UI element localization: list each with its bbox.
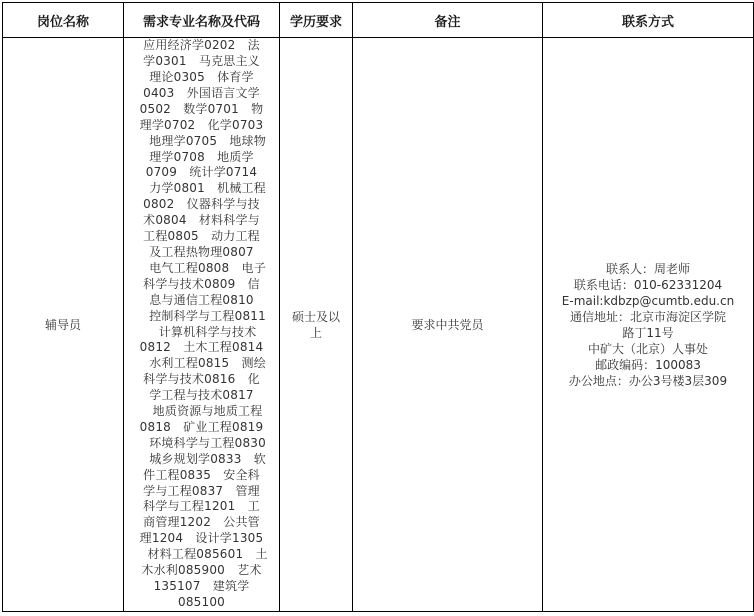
header-remark: 备注 [353,3,543,38]
major-line: 城乡规划学0833 软 [124,452,279,468]
header-position: 岗位名称 [3,3,124,38]
table-row: 辅导员 应用经济学0202 法学0301 马克思主义理论0305 体育学0403… [3,38,754,612]
major-line: 及工程热物理0807 [124,245,279,261]
contact-line: 办公地点：办公3号楼3层309 [543,373,753,389]
major-line: 材料工程085601 土 [124,547,279,563]
contact-line: 联系电话：010-62331204 [543,277,753,293]
contact-line: 路丁11号 [543,325,753,341]
contact-line: 中矿大（北京）人事处 [543,341,753,357]
major-line: 0818 矿业工程0819 [124,420,279,436]
major-line: 理学0708 地质学 [124,150,279,166]
header-majors: 需求专业名称及代码 [124,3,280,38]
contact-line: 邮政编码：100083 [543,357,753,373]
major-line: 理论0305 体育学 [124,70,279,86]
recruitment-table: 岗位名称 需求专业名称及代码 学历要求 备注 联系方式 辅导员 应用经济学020… [2,2,754,612]
major-line: 水利工程0815 测绘 [124,356,279,372]
major-line: 木水利085900 艺术 [124,563,279,579]
contact-line: 通信地址：北京市海淀区学院 [543,309,753,325]
position-cell: 辅导员 [3,38,124,612]
major-line: 息与通信工程0810 [124,293,279,309]
contact-cell: 联系人：周老师联系电话：010-62331204E-mail:kdbzp@cum… [543,38,754,612]
major-line: 科学与技术0809 信 [124,277,279,293]
major-line: 件工程0835 安全科 [124,468,279,484]
major-line: 学工程与技术0817 [124,388,279,404]
major-line: 理1204 设计学1305 [124,531,279,547]
major-line: 0502 数学0701 物 [124,102,279,118]
major-line: 应用经济学0202 法 [124,38,279,54]
major-line: 地理学0705 地球物 [124,134,279,150]
major-line: 电气工程0808 电子 [124,261,279,277]
education-line: 上 [280,325,352,341]
major-line: 0403 外国语言文学 [124,86,279,102]
major-line: 地质资源与地质工程 [124,404,279,420]
major-line: 0802 仪器科学与技 [124,197,279,213]
header-contact: 联系方式 [543,3,754,38]
major-line: 0812 土木工程0814 [124,340,279,356]
major-line: 科学与工程1201 工 [124,499,279,515]
contact-line: 联系人：周老师 [543,261,753,277]
major-line: 135107 建筑学 [124,579,279,595]
header-education: 学历要求 [280,3,353,38]
major-line: 力学0801 机械工程 [124,181,279,197]
education-cell: 硕士及以上 [280,38,353,612]
major-line: 控制科学与工程0811 [124,309,279,325]
major-line: 学0301 马克思主义 [124,54,279,70]
contact-line: E-mail:kdbzp@cumtb.edu.cn [543,293,753,309]
major-line: 计算机科学与技术 [124,325,279,341]
major-line: 学与工程0837 管理 [124,484,279,500]
education-line: 硕士及以 [280,309,352,325]
major-line: 商管理1202 公共管 [124,515,279,531]
major-line: 理学0702 化学0703 [124,118,279,134]
major-line: 术0804 材料科学与 [124,213,279,229]
major-line: 工程0805 动力工程 [124,229,279,245]
major-line: 科学与技术0816 化 [124,372,279,388]
remark-cell: 要求中共党员 [353,38,543,612]
majors-cell: 应用经济学0202 法学0301 马克思主义理论0305 体育学0403 外国语… [124,38,280,612]
major-line: 0709 统计学0714 [124,165,279,181]
major-line: 085100 [124,595,279,611]
major-line: 环境科学与工程0830 [124,436,279,452]
header-row: 岗位名称 需求专业名称及代码 学历要求 备注 联系方式 [3,3,754,38]
